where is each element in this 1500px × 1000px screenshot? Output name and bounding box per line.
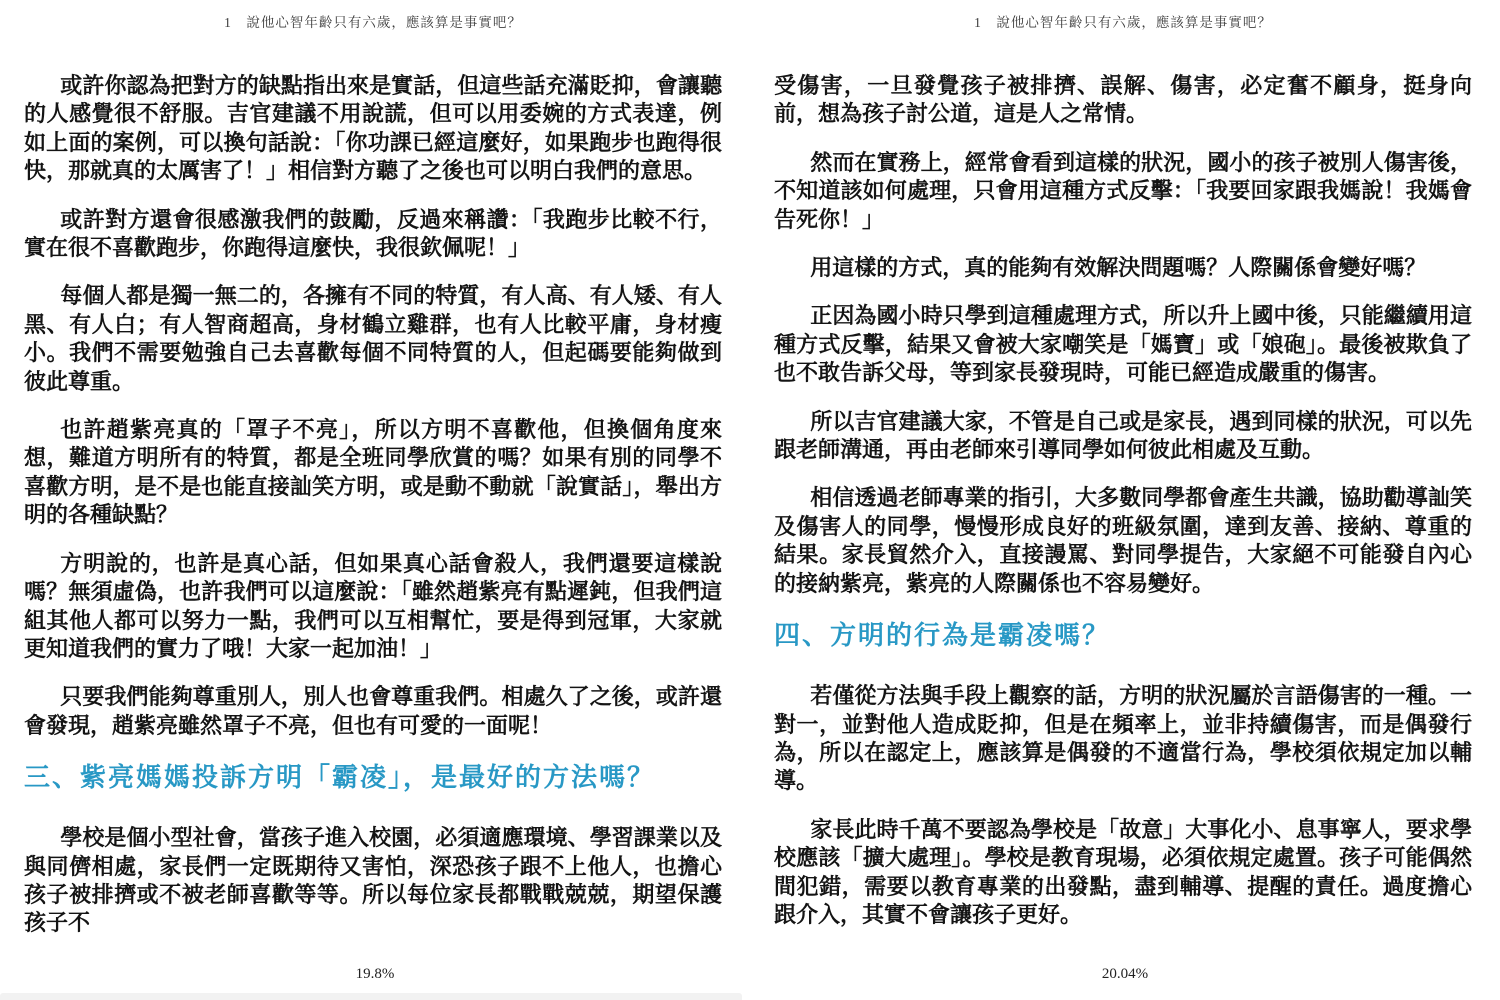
section-heading: 四、方明的行為是霸凌嗎？ xyxy=(774,618,1472,652)
paragraph: 相信透過老師專業的指引，大多數同學都會產生共識，協助勸導訕笑及傷害人的同學，慢慢… xyxy=(774,484,1472,598)
page-right[interactable]: 1 說他心智年齡只有六歲，應該算是事實吧？ 受傷害，一旦發覺孩子被排擠、誤解、傷… xyxy=(750,0,1500,1000)
running-head: 1 說他心智年齡只有六歲，應該算是事實吧？ xyxy=(774,14,1472,32)
section-heading: 三、紫亮媽媽投訴方明「霸凌」，是最好的方法嗎？ xyxy=(24,760,722,794)
progress-indicator: 20.04% xyxy=(750,966,1500,983)
running-head: 1 說他心智年齡只有六歲，應該算是事實吧？ xyxy=(24,14,722,32)
paragraph: 然而在實務上，經常會看到這樣的狀況，國小的孩子被別人傷害後，不知道該如何處理，只… xyxy=(774,149,1472,234)
paragraph: 家長此時千萬不要認為學校是「故意」大事化小、息事寧人，要求學校應該「擴大處理」。… xyxy=(774,816,1472,930)
page-left[interactable]: 1 說他心智年齡只有六歲，應該算是事實吧？ 或許你認為把對方的缺點指出來是實話，… xyxy=(0,0,750,1000)
paragraph: 也許趙紫亮真的「罩子不亮」，所以方明不喜歡他，但換個角度來想，難道方明所有的特質… xyxy=(24,416,722,530)
paragraph: 或許你認為把對方的缺點指出來是實話，但這些話充滿貶抑，會讓聽的人感覺很不舒服。吉… xyxy=(24,72,722,186)
paragraph: 受傷害，一旦發覺孩子被排擠、誤解、傷害，必定奮不顧身，挺身向前，想為孩子討公道，… xyxy=(774,72,1472,129)
paragraph: 學校是個小型社會，當孩子進入校園，必須適應環境、學習課業以及與同儕相處，家長們一… xyxy=(24,824,722,938)
progress-indicator: 19.8% xyxy=(0,966,750,983)
page-bottom-edge xyxy=(0,993,742,1000)
paragraph: 用這樣的方式，真的能夠有效解決問題嗎？人際關係會變好嗎？ xyxy=(774,254,1472,282)
paragraph: 只要我們能夠尊重別人，別人也會尊重我們。相處久了之後，或許還會發現，趙紫亮雖然罩… xyxy=(24,683,722,740)
paragraph: 方明說的，也許是真心話，但如果真心話會殺人，我們還要這樣說嗎？無須虛偽，也許我們… xyxy=(24,550,722,664)
page-body: 或許你認為把對方的缺點指出來是實話，但這些話充滿貶抑，會讓聽的人感覺很不舒服。吉… xyxy=(24,72,722,938)
ebook-reader: 1 說他心智年齡只有六歲，應該算是事實吧？ 或許你認為把對方的缺點指出來是實話，… xyxy=(0,0,1500,1000)
page-body: 受傷害，一旦發覺孩子被排擠、誤解、傷害，必定奮不顧身，挺身向前，想為孩子討公道，… xyxy=(774,72,1472,929)
paragraph: 若僅從方法與手段上觀察的話，方明的狀況屬於言語傷害的一種。一對一，並對他人造成貶… xyxy=(774,682,1472,796)
paragraph: 每個人都是獨一無二的，各擁有不同的特質，有人高、有人矮、有人黑、有人白；有人智商… xyxy=(24,282,722,396)
paragraph: 正因為國小時只學到這種處理方式，所以升上國中後，只能繼續用這種方式反擊，結果又會… xyxy=(774,302,1472,387)
paragraph: 所以吉官建議大家，不管是自己或是家長，遇到同樣的狀況，可以先跟老師溝通，再由老師… xyxy=(774,408,1472,465)
paragraph: 或許對方還會很感激我們的鼓勵，反過來稱讚：「我跑步比較不行，實在很不喜歡跑步，你… xyxy=(24,206,722,263)
